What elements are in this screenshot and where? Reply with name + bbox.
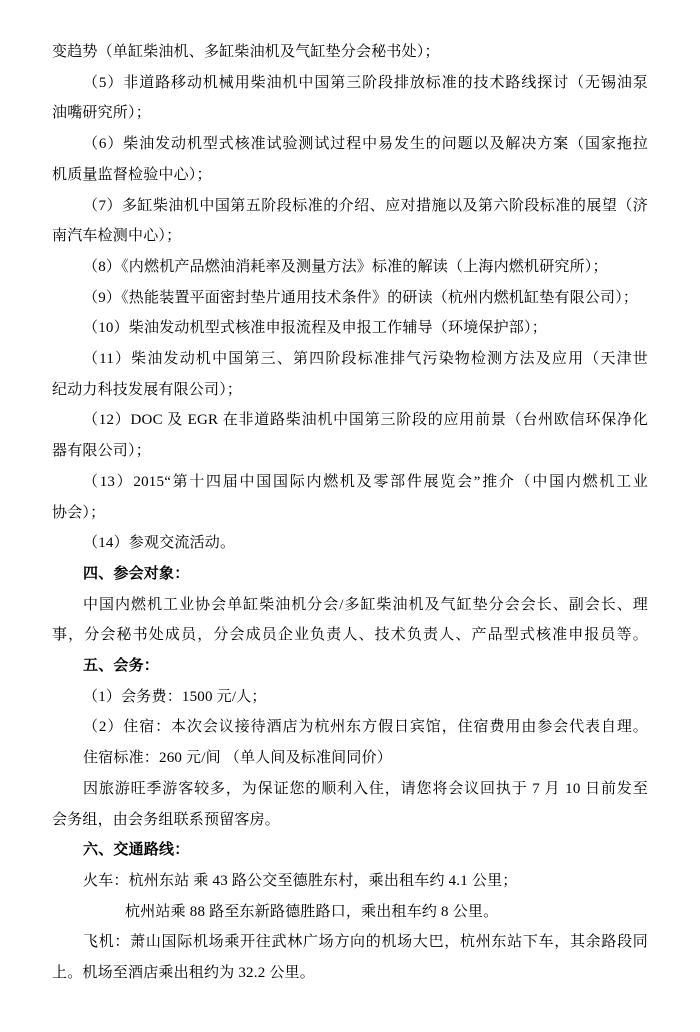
section-heading: 五、会务： [52, 651, 648, 682]
text-line: 会务组，由会务组联系预留客房。 [52, 805, 648, 836]
text-line: 住宿标准：260 元/间 （单人间及标准间同价） [52, 743, 648, 774]
text-line: 上。机场至酒店乘出租约为 32.2 公里。 [52, 958, 648, 989]
text-line: （12）DOC 及 EGR 在非道路柴油机中国第三阶段的应用前景（台州欧信环保净… [52, 405, 648, 436]
text-line: 飞机：萧山国际机场乘开往武林广场方向的机场大巴，杭州东站下车，其余路段同 [52, 927, 648, 958]
text-line: （11）柴油发动机中国第三、第四阶段标准排气污染物检测方法及应用（天津世 [52, 344, 648, 375]
text-line: 器有限公司）； [52, 436, 648, 467]
text-line: （10）柴油发动机型式核准申报流程及申报工作辅导（环境保护部）； [52, 313, 648, 344]
text-line: （9）《热能装置平面密封垫片通用技术条件》的研读（杭州内燃机缸垫有限公司）； [52, 283, 648, 314]
section-heading: 四、参会对象： [52, 559, 648, 590]
text-line: 协会）； [52, 498, 648, 529]
document-body: 变趋势（单缸柴油机、多缸柴油机及气缸垫分会秘书处）；（5）非道路移动机械用柴油机… [0, 0, 700, 989]
text-line: （1）会务费：1500 元/人； [52, 682, 648, 713]
text-line: 变趋势（单缸柴油机、多缸柴油机及气缸垫分会秘书处）； [52, 37, 648, 68]
text-line: （8）《内燃机产品燃油消耗率及测量方法》标准的解读（上海内燃机研究所）； [52, 252, 648, 283]
text-line: 南汽车检测中心）； [52, 221, 648, 252]
text-line: 杭州站乘 88 路至东新路德胜路口，乘出租车约 8 公里。 [52, 897, 648, 928]
text-line: 油嘴研究所）； [52, 98, 648, 129]
text-line: （6）柴油发动机型式核准试验测试过程中易发生的问题以及解决方案（国家拖拉 [52, 129, 648, 160]
text-line: 机质量监督检验中心）； [52, 160, 648, 191]
text-line: （13）2015“第十四届中国国际内燃机及零部件展览会”推介（中国内燃机工业 [52, 467, 648, 498]
text-line: （5）非道路移动机械用柴油机中国第三阶段排放标准的技术路线探讨（无锡油泵 [52, 68, 648, 99]
text-line: 事，分会秘书处成员，分会成员企业负责人、技术负责人、产品型式核准申报员等。 [52, 620, 648, 651]
text-line: 纪动力科技发展有限公司）； [52, 375, 648, 406]
text-line: 火车：杭州东站 乘 43 路公交至德胜东村，乘出租车约 4.1 公里； [52, 866, 648, 897]
text-line: （7）多缸柴油机中国第五阶段标准的介绍、应对措施以及第六阶段标准的展望（济 [52, 191, 648, 222]
text-line: （2）住宿：本次会议接待酒店为杭州东方假日宾馆，住宿费用由参会代表自理。 [52, 712, 648, 743]
text-line: 中国内燃机工业协会单缸柴油机分会/多缸柴油机及气缸垫分会会长、副会长、理 [52, 590, 648, 621]
text-line: 因旅游旺季游客较多，为保证您的顺利入住，请您将会议回执于 7 月 10 日前发至 [52, 774, 648, 805]
section-heading: 六、交通路线： [52, 835, 648, 866]
document-page: 变趋势（单缸柴油机、多缸柴油机及气缸垫分会秘书处）；（5）非道路移动机械用柴油机… [0, 0, 700, 1032]
text-line: （14）参观交流活动。 [52, 528, 648, 559]
